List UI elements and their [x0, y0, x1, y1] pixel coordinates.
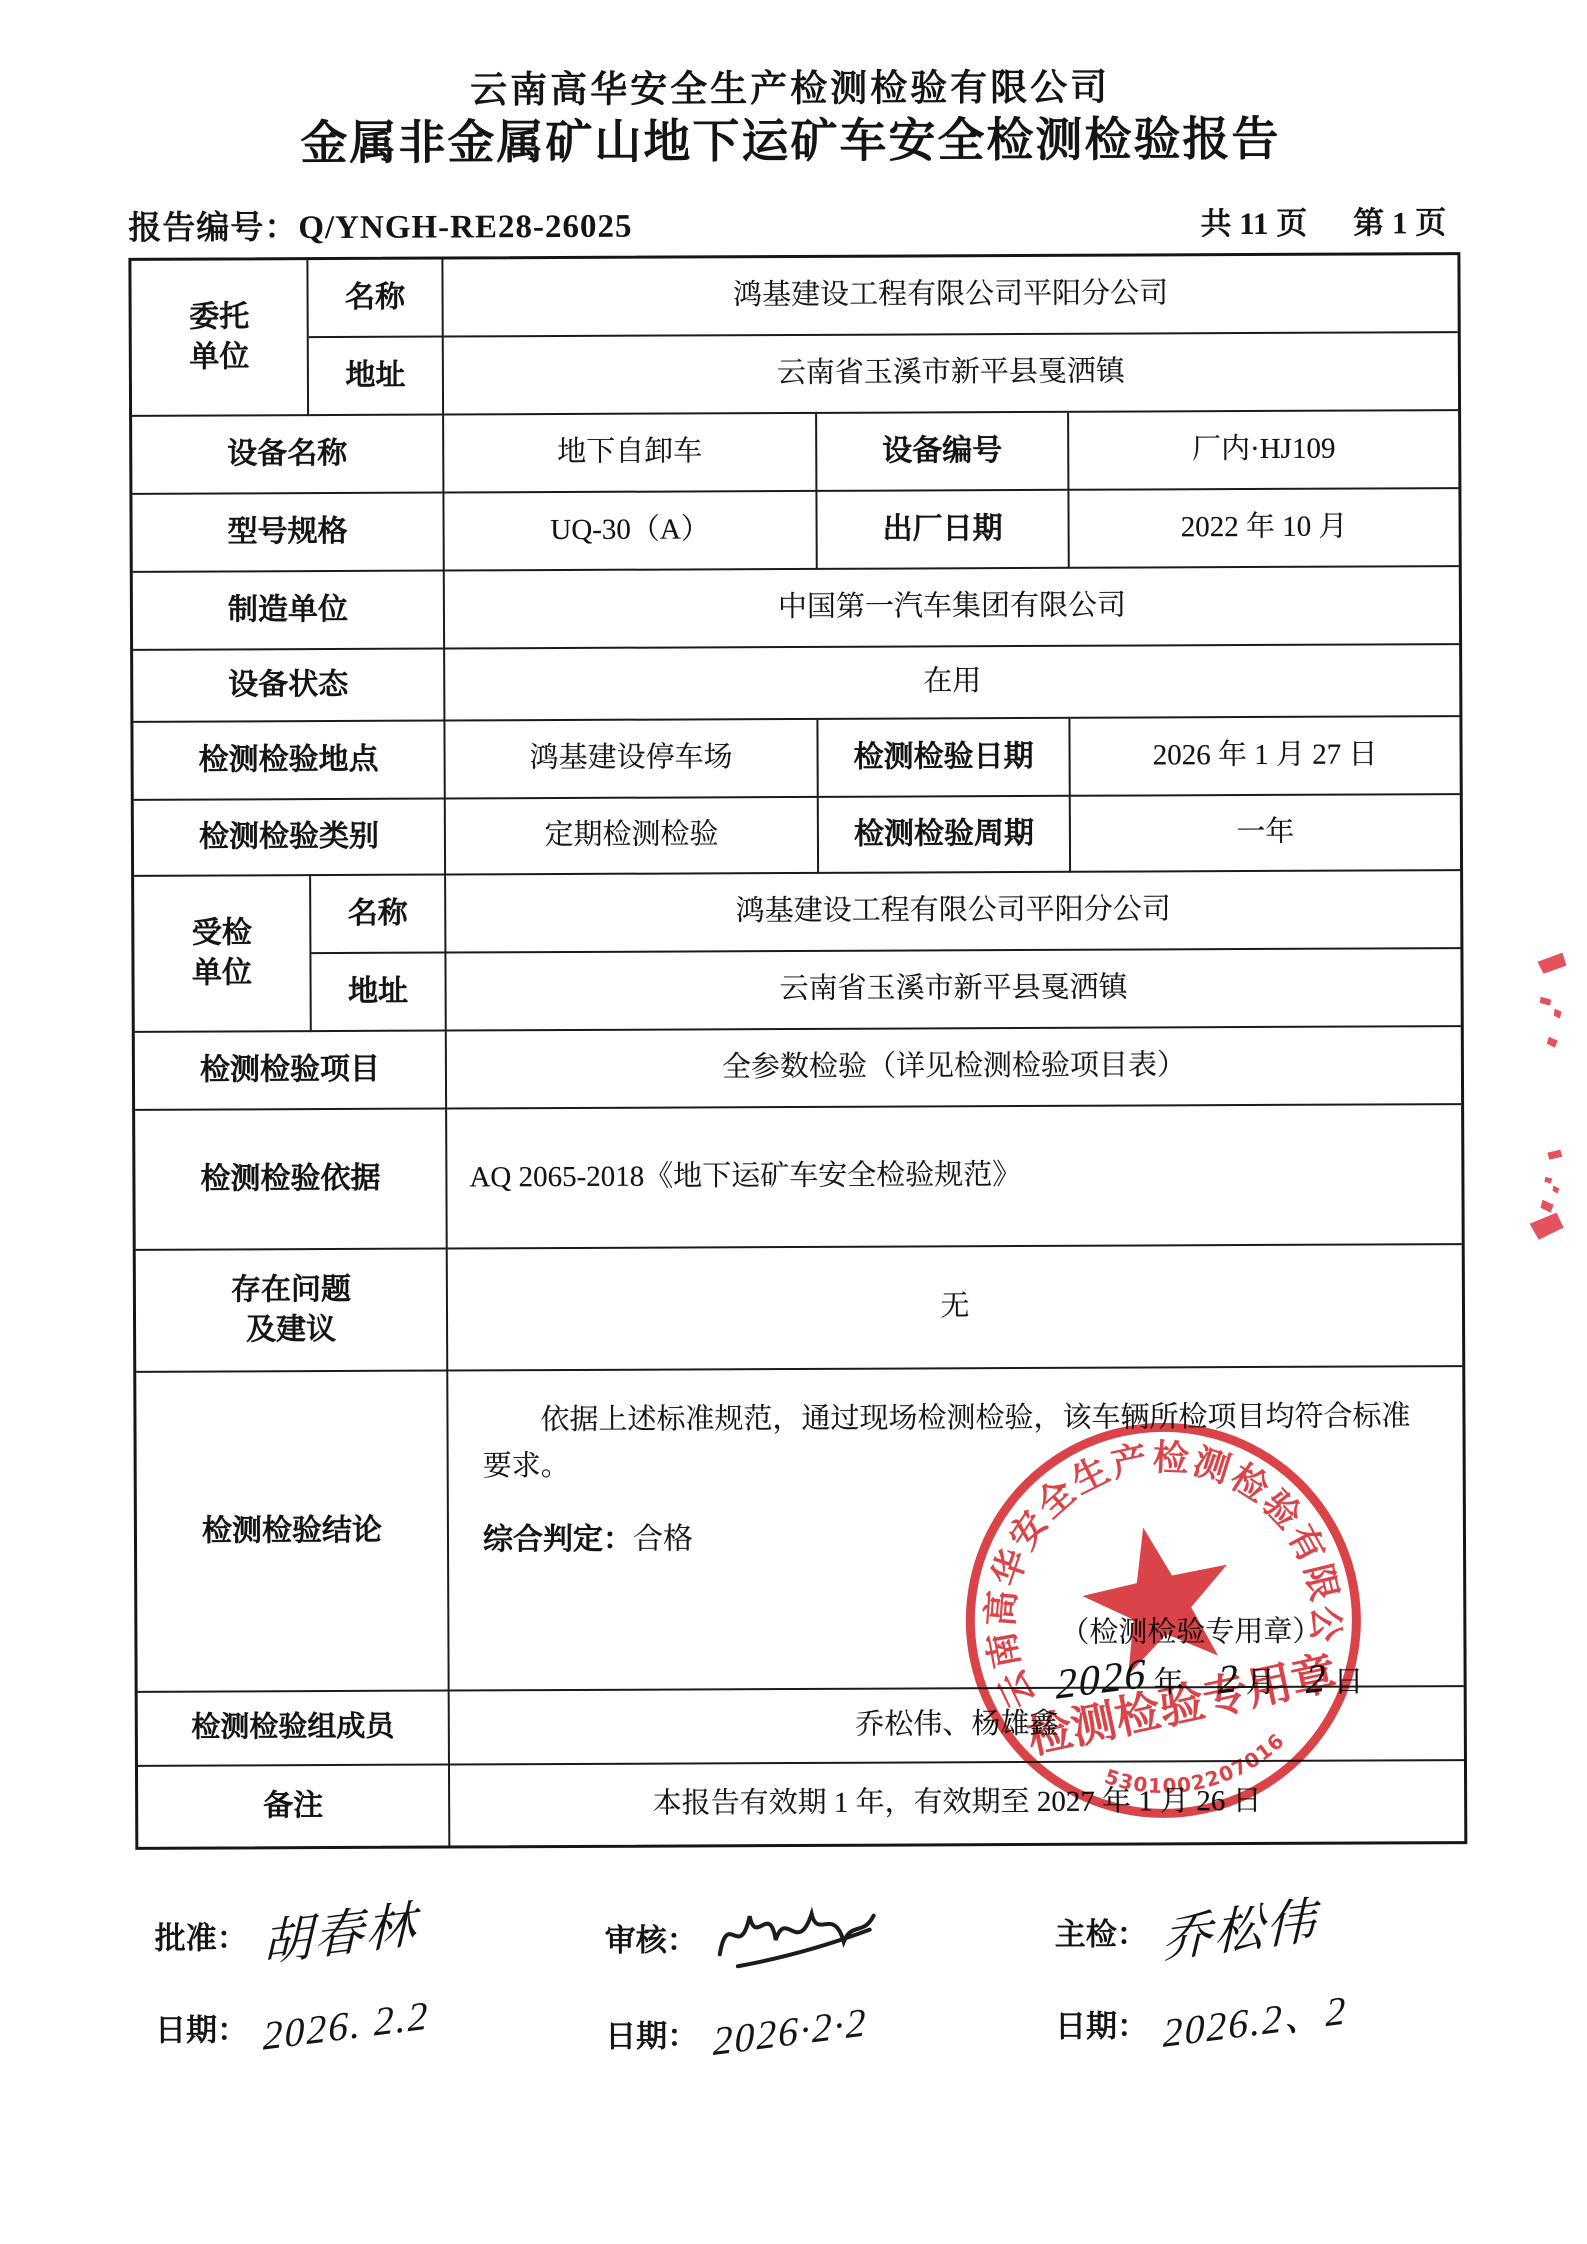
seal-date-day-unit: 日: [1334, 1663, 1364, 1704]
device-no-value: 厂内·HJ109: [1069, 411, 1458, 491]
page-numbers: 共 11 页 第 1 页: [1200, 197, 1454, 243]
inspection-cycle-value: 一年: [1071, 795, 1460, 873]
approve-label: 批准：: [155, 1912, 248, 1957]
signature-footer: 批准： 胡春林 日期： 2026. 2.2 审核： 日期： 2026: [155, 1893, 1476, 2071]
model-label: 型号规格: [132, 494, 444, 573]
problems-value: 无: [448, 1245, 1463, 1371]
seal-date-month-unit: 月: [1246, 1663, 1276, 1704]
inspection-location-label: 检测检验地点: [133, 722, 445, 801]
approve-date-value: 2026. 2.2: [263, 1995, 430, 2057]
report-number: 报告编号：Q/YNGH-RE28-26025: [128, 200, 632, 249]
seal-date-year-unit: 年: [1154, 1664, 1184, 1705]
problems-label: 存在问题 及建议: [136, 1250, 449, 1373]
remark-label: 备注: [138, 1766, 450, 1847]
scanned-sheet: 云南高华安全生产检测检验有限公司 金属非金属矿山地下运矿车安全检测检验报告 报告…: [0, 0, 1587, 2244]
device-status-label: 设备状态: [133, 650, 445, 723]
device-name-value: 地下自卸车: [444, 414, 817, 494]
mfg-date-label: 出厂日期: [817, 491, 1069, 570]
verdict-value: 合格: [633, 1522, 693, 1555]
pages-total: 共 11 页: [1200, 198, 1307, 243]
seal-date-line: 2026 年 2 月 2 日: [1056, 1658, 1364, 1705]
report-page: 云南高华安全生产检测检验有限公司 金属非金属矿山地下运矿车安全检测检验报告 报告…: [0, 0, 1587, 2244]
review-date-label: 日期：: [605, 2010, 698, 2055]
remark-value: 本报告有效期 1 年，有效期至 2027 年 1 月 26 日: [450, 1761, 1464, 1845]
inspection-category-value: 定期检测检验: [446, 798, 819, 876]
review-date-value: 2026·2·2: [713, 2002, 868, 2062]
manufacturer-value: 中国第一汽车集团有限公司: [445, 567, 1459, 649]
chief-column: 主检： 乔松伟 日期： 2026.2、2: [1055, 1893, 1476, 2067]
client-addr-label: 地址: [309, 338, 444, 417]
client-addr-value: 云南省玉溪市新平县戛洒镇: [444, 333, 1458, 415]
chief-signature: 乔松伟: [1162, 1895, 1317, 1965]
conclusion-cell: 依据上述标准规范，通过现场检测检验，该车辆所检项目均符合标准要求。 综合判定：合…: [448, 1367, 1463, 1691]
team-label: 检测检验组成员: [138, 1692, 450, 1767]
verdict-label: 综合判定：: [483, 1522, 633, 1556]
seal-date-month-hw: 2: [1218, 1658, 1240, 1701]
conclusion-label: 检测检验结论: [136, 1372, 449, 1693]
inspection-date-label: 检测检验日期: [818, 719, 1070, 798]
inspection-location-value: 鸿基建设停车场: [445, 720, 818, 800]
inspection-items-value: 全参数检验（详见检测检验项目表）: [447, 1027, 1461, 1109]
review-column: 审核： 日期： 2026·2·2: [605, 1895, 1056, 2069]
chief-date-value: 2026.2、2: [1163, 1990, 1348, 2054]
chief-label: 主检：: [1055, 1908, 1148, 1953]
inspection-cycle-label: 检测检验周期: [819, 797, 1071, 874]
inspection-basis-value: AQ 2065-2018《地下运矿车安全检验规范》: [447, 1105, 1462, 1249]
inspected-addr-value: 云南省玉溪市新平县戛洒镇: [446, 949, 1460, 1031]
seal-date-day-hw: 2: [1306, 1658, 1328, 1701]
red-ink-fragments: [1500, 937, 1587, 1267]
device-name-label: 设备名称: [132, 416, 444, 495]
client-name-value: 鸿基建设工程有限公司平阳分公司: [443, 255, 1457, 337]
approve-signature: 胡春林: [262, 1899, 417, 1969]
inspected-group-label: 受检 单位: [134, 876, 312, 1033]
inspected-addr-label: 地址: [311, 954, 446, 1033]
inspection-category-label: 检测检验类别: [134, 800, 446, 877]
conclusion-paragraph: 依据上述标准规范，通过现场检测检验，该车辆所检项目均符合标准要求。: [482, 1393, 1428, 1490]
inspection-date-value: 2026 年 1 月 27 日: [1070, 717, 1459, 797]
inspection-basis-label: 检测检验依据: [135, 1110, 448, 1251]
verdict-line: 综合判定：合格: [483, 1516, 1429, 1561]
seal-note: （检测检验专用章）: [1060, 1613, 1321, 1653]
inspected-name-label: 名称: [311, 876, 446, 955]
device-no-label: 设备编号: [817, 413, 1069, 492]
inspected-name-value: 鸿基建设工程有限公司平阳分公司: [446, 871, 1460, 953]
client-name-label: 名称: [308, 260, 443, 339]
page-current: 第 1 页: [1353, 197, 1446, 242]
inspection-items-label: 检测检验项目: [135, 1032, 447, 1111]
client-group-label: 委托 单位: [131, 260, 309, 417]
review-label: 审核：: [605, 1914, 698, 1959]
review-signature-scribble: [712, 1896, 882, 1977]
model-value: UQ-30（A）: [444, 492, 817, 572]
manufacturer-label: 制造单位: [133, 572, 445, 651]
approve-date-label: 日期：: [155, 2004, 248, 2049]
report-title: 金属非金属矿山地下运矿车安全检测检验报告: [0, 101, 1584, 175]
seal-date-year-hw: 2026: [1056, 1653, 1147, 1707]
report-number-line: 报告编号：Q/YNGH-RE28-26025 共 11 页 第 1 页: [128, 196, 1454, 249]
report-table: 委托 单位 名称 鸿基建设工程有限公司平阳分公司 地址 云南省玉溪市新平县戛洒镇…: [128, 252, 1467, 1850]
approve-column: 批准： 胡春林 日期： 2026. 2.2: [155, 1897, 606, 2071]
device-status-value: 在用: [445, 645, 1459, 721]
chief-date-label: 日期：: [1055, 2000, 1148, 2045]
mfg-date-value: 2022 年 10 月: [1069, 489, 1458, 569]
